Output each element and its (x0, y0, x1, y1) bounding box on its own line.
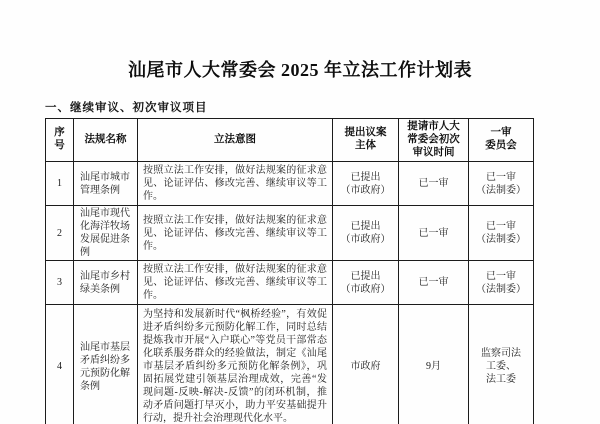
legislation-plan-table: 序 号 法规名称 立法意图 提出议案 主体 提请市人大 常委会初次 审议时间 一… (45, 118, 534, 424)
cell-legislative-intent: 为坚持和发展新时代“枫桥经验”，有效促进矛盾纠纷多元预防化解工作，同时总结提炼我… (138, 305, 333, 424)
cell-regulation-name: 汕尾市基层 矛盾纠纷多 元预防化解 条例 (74, 305, 138, 424)
cell-review-time: 9月 (399, 305, 469, 424)
header-proposer: 提出议案 主体 (333, 119, 399, 162)
section-heading: 一、继续审议、初次审议项目 (45, 99, 208, 115)
table-row: 3 汕尾市乡村 绿美条例 按照立法工作安排，做好法规案的征求意见、论证评估、修改… (46, 261, 534, 305)
header-intent: 立法意图 (138, 119, 333, 162)
cell-proposer: 已提出 （市政府） (333, 206, 399, 261)
header-committee: 一审 委员会 (469, 119, 534, 162)
cell-legislative-intent: 按照立法工作安排，做好法规案的征求意见、论证评估、修改完善、继续审议等工作。 (138, 261, 333, 305)
cell-no: 4 (46, 305, 74, 424)
cell-review-time: 已一审 (399, 162, 469, 206)
cell-committee: 监察司法 工委、 法工委 (469, 305, 534, 424)
table-header-row: 序 号 法规名称 立法意图 提出议案 主体 提请市人大 常委会初次 审议时间 一… (46, 119, 534, 162)
cell-regulation-name: 汕尾市城市 管理条例 (74, 162, 138, 206)
cell-committee: 已一审 （法制委） (469, 206, 534, 261)
table-row: 2 汕尾市现代 化海洋牧场 发展促进条 例 按照立法工作安排，做好法规案的征求意… (46, 206, 534, 261)
table-row: 1 汕尾市城市 管理条例 按照立法工作安排，做好法规案的征求意见、论证评估、修改… (46, 162, 534, 206)
header-review-time: 提请市人大 常委会初次 审议时间 (399, 119, 469, 162)
cell-review-time: 已一审 (399, 261, 469, 305)
cell-committee: 已一审 （法制委） (469, 162, 534, 206)
cell-committee: 已一审 （法制委） (469, 261, 534, 305)
cell-no: 3 (46, 261, 74, 305)
cell-legislative-intent: 按照立法工作安排，做好法规案的征求意见、论证评估、修改完善、继续审议等工作。 (138, 206, 333, 261)
cell-proposer: 市政府 (333, 305, 399, 424)
table-row: 4 汕尾市基层 矛盾纠纷多 元预防化解 条例 为坚持和发展新时代“枫桥经验”，有… (46, 305, 534, 424)
cell-no: 2 (46, 206, 74, 261)
header-no: 序 号 (46, 119, 74, 162)
cell-no: 1 (46, 162, 74, 206)
cell-regulation-name: 汕尾市现代 化海洋牧场 发展促进条 例 (74, 206, 138, 261)
cell-regulation-name: 汕尾市乡村 绿美条例 (74, 261, 138, 305)
page-title: 汕尾市人大常委会 2025 年立法工作计划表 (0, 56, 600, 82)
cell-review-time: 已一审 (399, 206, 469, 261)
cell-proposer: 已提出 （市政府） (333, 162, 399, 206)
header-name: 法规名称 (74, 119, 138, 162)
cell-legislative-intent: 按照立法工作安排，做好法规案的征求意见、论证评估、修改完善、继续审议等工作。 (138, 162, 333, 206)
document-page: 汕尾市人大常委会 2025 年立法工作计划表 一、继续审议、初次审议项目 序 号… (0, 0, 600, 424)
cell-proposer: 已提出 （市政府） (333, 261, 399, 305)
